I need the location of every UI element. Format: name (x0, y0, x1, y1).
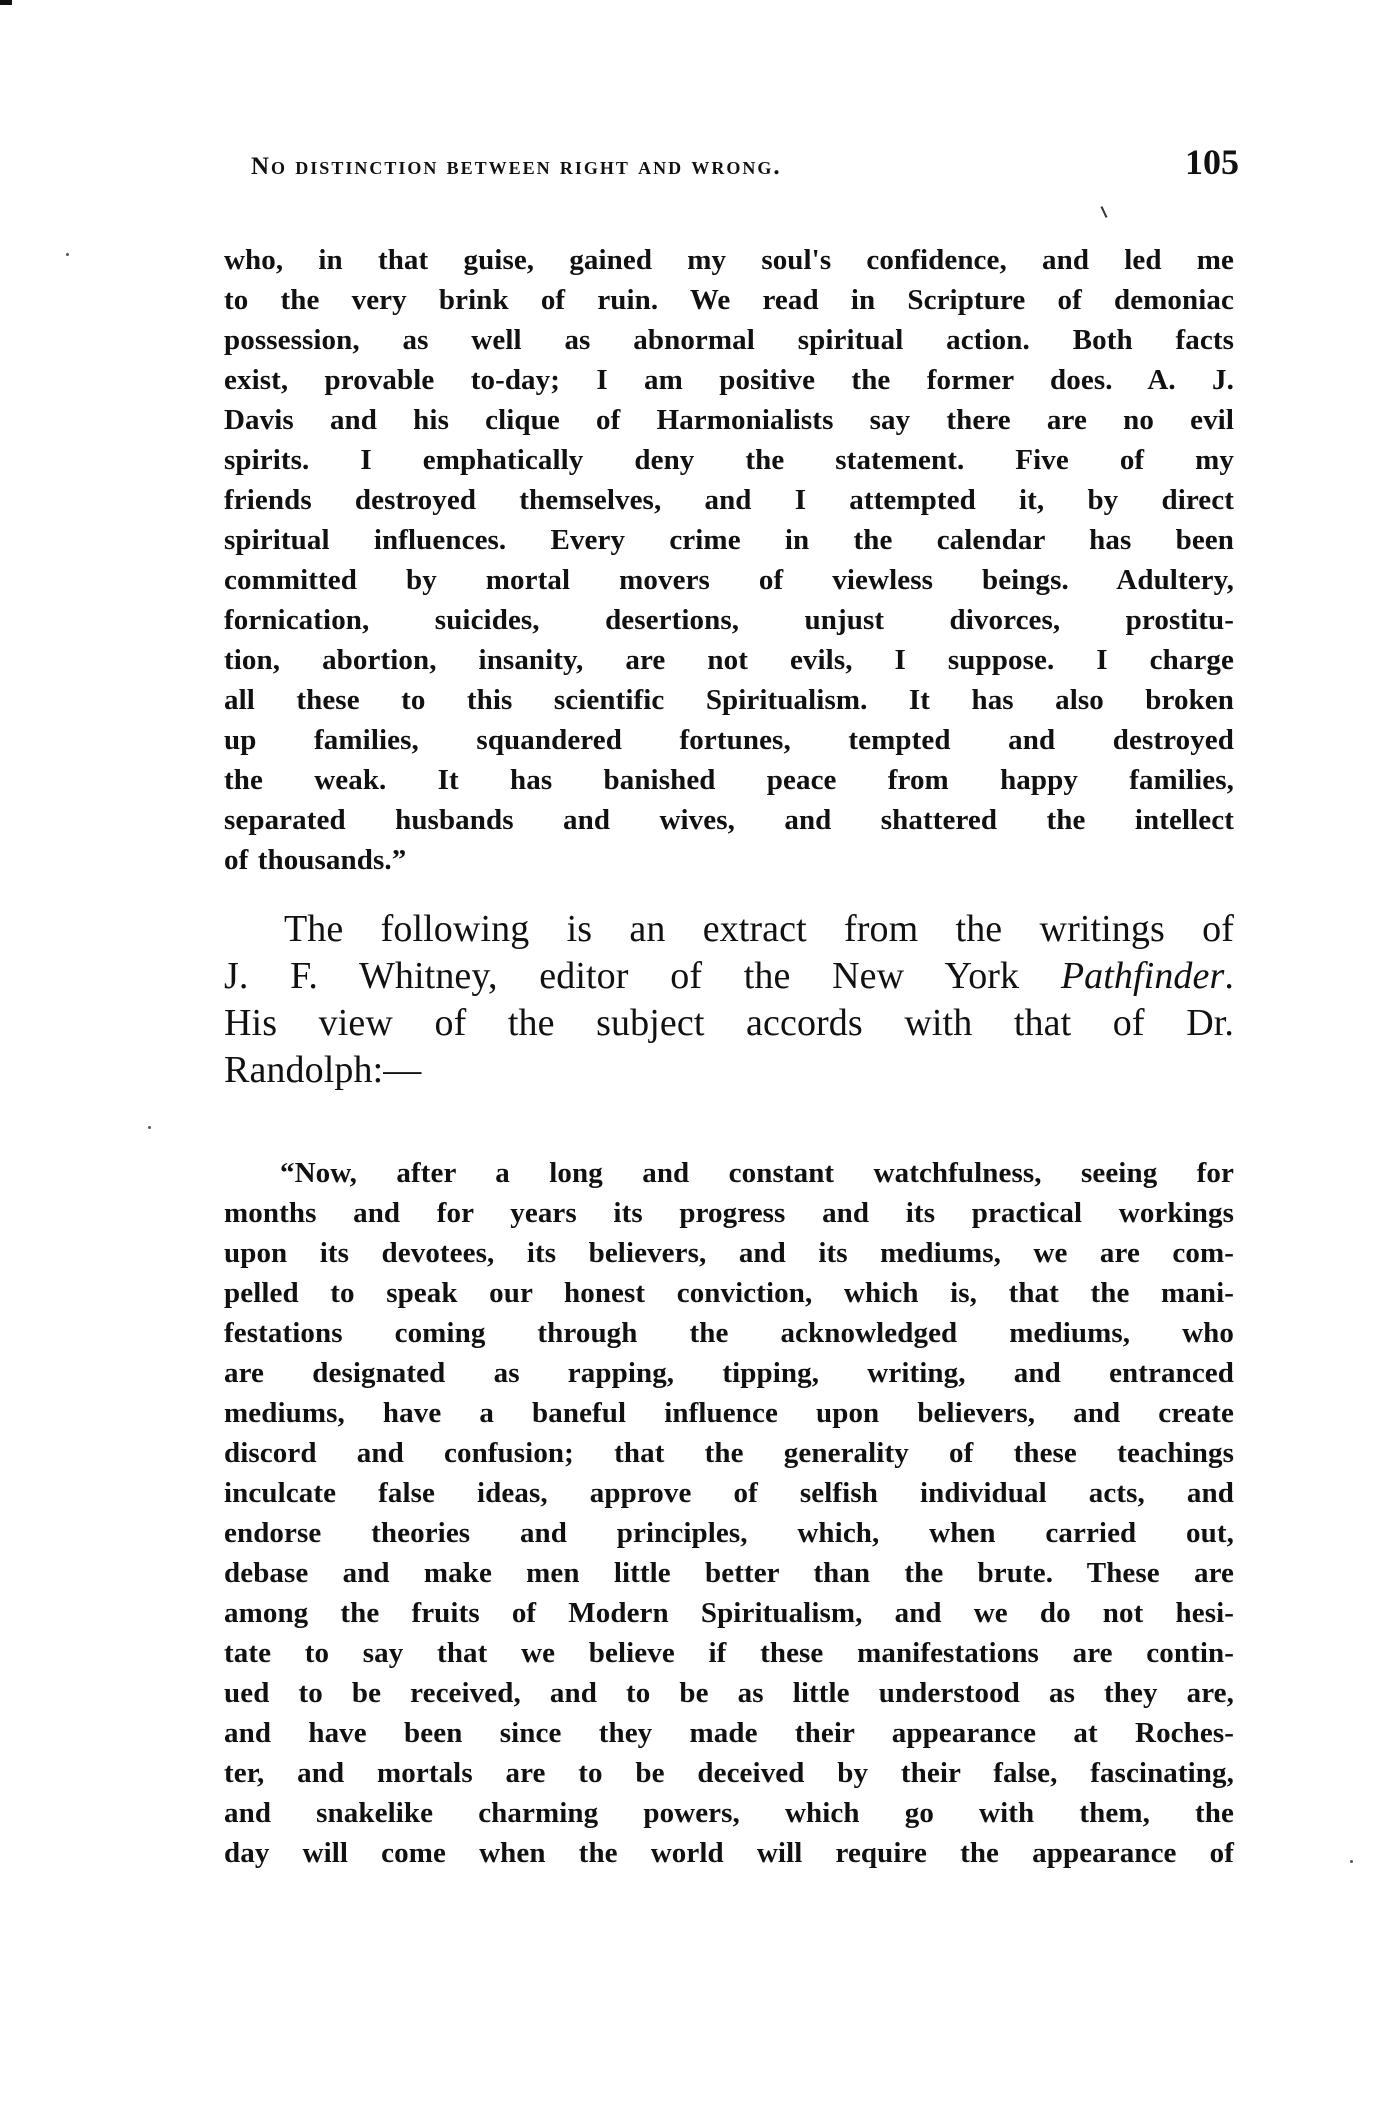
text-line: debase and make men little better than t… (224, 1553, 1234, 1593)
page-number: 105 (1185, 141, 1239, 183)
text-line: inculcate false ideas, approve of selfis… (224, 1473, 1234, 1513)
text-line: among the fruits of Modern Spiritualism,… (224, 1593, 1234, 1633)
text-line: “Now, after a long and constant watchful… (224, 1153, 1234, 1193)
scan-speck (148, 1126, 151, 1129)
scan-corner-mark (0, 0, 12, 5)
text-line: upon its devotees, its believers, and it… (224, 1233, 1234, 1273)
text-line: tion, abortion, insanity, are not evils,… (224, 640, 1234, 680)
text-line: fornication, suicides, desertions, unjus… (224, 600, 1234, 640)
text-line: are designated as rapping, tipping, writ… (224, 1353, 1234, 1393)
text-line: endorse theories and principles, which, … (224, 1513, 1234, 1553)
text-line: of thousands.” (224, 840, 1234, 880)
text-line: spiritual influences. Every crime in the… (224, 520, 1234, 560)
publication-title: Pathfinder (1061, 955, 1225, 997)
text-line: His view of the subject accords with tha… (224, 1000, 1234, 1047)
text-line: all these to this scientific Spiritualis… (224, 680, 1234, 720)
text-line: day will come when the world will requir… (224, 1833, 1234, 1873)
text-line: spirits. I emphatically deny the stateme… (224, 440, 1234, 480)
text-run: J. F. Whitney, editor of the New York (224, 955, 1061, 997)
text-line: J. F. Whitney, editor of the New York Pa… (224, 953, 1234, 1000)
text-line: up families, squandered fortunes, tempte… (224, 720, 1234, 760)
text-line: who, in that guise, gained my soul's con… (224, 240, 1234, 280)
text-line: ter, and mortals are to be deceived by t… (224, 1753, 1234, 1793)
scan-speck (1350, 1860, 1353, 1863)
text-line: and snakelike charming powers, which go … (224, 1793, 1234, 1833)
quotation-whitney: “Now, after a long and constant watchful… (224, 1153, 1234, 1873)
text-line: tate to say that we believe if these man… (224, 1633, 1234, 1673)
text-line: Randolph:— (224, 1047, 1234, 1094)
text-line: ued to be received, and to be as little … (224, 1673, 1234, 1713)
text-line: separated husbands and wives, and shatte… (224, 800, 1234, 840)
scan-speck (66, 253, 69, 256)
text-line: Davis and his clique of Harmonialists sa… (224, 400, 1234, 440)
text-line: months and for years its progress and it… (224, 1193, 1234, 1233)
text-line: discord and confusion; that the generali… (224, 1433, 1234, 1473)
introductory-paragraph: The following is an extract from the wri… (224, 906, 1234, 1094)
text-line: to the very brink of ruin. We read in Sc… (224, 280, 1234, 320)
text-line: The following is an extract from the wri… (224, 906, 1234, 953)
text-line: and have been since they made their appe… (224, 1713, 1234, 1753)
text-line: the weak. It has banished peace from hap… (224, 760, 1234, 800)
running-head: No distinction between right and wrong. … (251, 141, 1239, 185)
text-line: committed by mortal movers of viewless b… (224, 560, 1234, 600)
text-line: friends destroyed themselves, and I atte… (224, 480, 1234, 520)
scan-mark (1101, 206, 1108, 218)
text-line: mediums, have a baneful influence upon b… (224, 1393, 1234, 1433)
quotation-continued: who, in that guise, gained my soul's con… (224, 240, 1234, 880)
text-line: possession, as well as abnormal spiritua… (224, 320, 1234, 360)
text-line: exist, provable to-day; I am positive th… (224, 360, 1234, 400)
text-line: festations coming through the acknowledg… (224, 1313, 1234, 1353)
text-run: . (1224, 955, 1234, 997)
text-line: pelled to speak our honest conviction, w… (224, 1273, 1234, 1313)
running-title: No distinction between right and wrong. (251, 153, 782, 181)
